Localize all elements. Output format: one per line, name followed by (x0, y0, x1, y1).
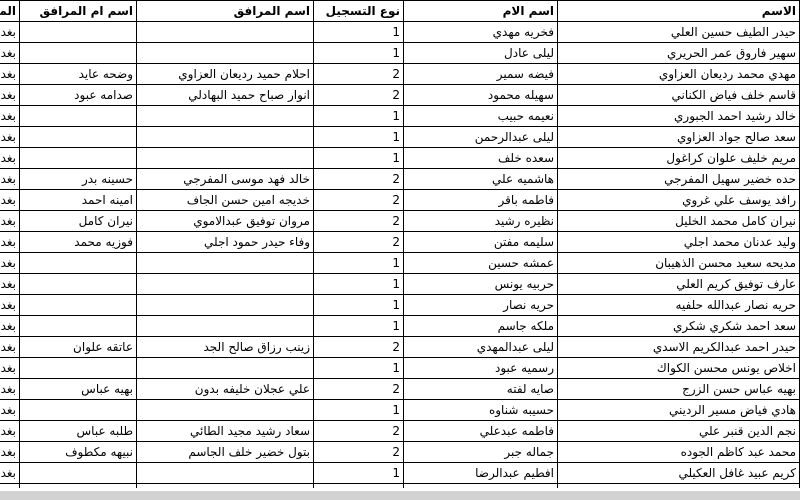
cell-companion[interactable] (137, 316, 314, 337)
cell-mother[interactable]: افطيم عبدالرضا (404, 463, 558, 484)
cell-name[interactable]: نجم الدين قنبر علي (558, 421, 800, 442)
cell-mother[interactable]: حريه نصار (404, 295, 558, 316)
cell-mother[interactable]: حربيه يونس (404, 274, 558, 295)
cell-companion[interactable]: بتول خضير خلف الجاسم (137, 442, 314, 463)
cell-empty (404, 484, 558, 489)
cell-companion[interactable] (137, 400, 314, 421)
cell-name[interactable]: خالد رشيد احمد الجبوري (558, 106, 800, 127)
cell-name[interactable]: رافد يوسف علي غروي (558, 190, 800, 211)
cell-office[interactable]: بغداد (0, 232, 20, 253)
cell-companion[interactable]: مروان توفيق عبدالاموي (137, 211, 314, 232)
table-row: كريم عبيد غافل العكيليافطيم عبدالرضا1بغد… (0, 463, 800, 484)
cell-office[interactable]: بغداد (0, 316, 20, 337)
cell-name[interactable]: قاسم خلف فياض الكناني (558, 85, 800, 106)
cell-reg_type[interactable]: 1 (314, 127, 404, 148)
cell-name[interactable]: مهدي محمد رديعان العزاوي (558, 64, 800, 85)
table-row: خالد رشيد احمد الجبورينعيمه حبيب1بغداد (0, 106, 800, 127)
cell-mother[interactable]: نعيمه حبيب (404, 106, 558, 127)
cell-companion_mother[interactable]: امينه احمد (20, 190, 137, 211)
cell-companion[interactable] (137, 127, 314, 148)
cell-companion_mother[interactable]: حسينه بدر (20, 169, 137, 190)
cell-name[interactable]: محمد عبد كاظم الجوده (558, 442, 800, 463)
cell-reg_type[interactable]: 1 (314, 295, 404, 316)
cell-reg_type[interactable]: 2 (314, 337, 404, 358)
cell-companion_mother[interactable] (20, 400, 137, 421)
cell-office[interactable]: بغداد (0, 64, 20, 85)
cell-companion[interactable] (137, 274, 314, 295)
cell-companion[interactable]: احلام حميد رديعان العزاوي (137, 64, 314, 85)
cell-companion_mother[interactable]: وضحه عايد (20, 64, 137, 85)
cell-companion_mother[interactable]: طلبه عباس (20, 421, 137, 442)
cell-reg_type[interactable]: 2 (314, 232, 404, 253)
cell-mother[interactable]: عمشه حسين (404, 253, 558, 274)
table-row: رافد يوسف علي غرويفاطمه باقر2خديجه امين … (0, 190, 800, 211)
cell-office[interactable]: بغداد (0, 85, 20, 106)
cell-mother[interactable]: سعده خلف (404, 148, 558, 169)
cell-companion_mother[interactable] (20, 148, 137, 169)
cell-companion[interactable]: سعاد رشيد مجيد الطائي (137, 421, 314, 442)
cell-reg_type[interactable]: 1 (314, 316, 404, 337)
cell-companion[interactable] (137, 106, 314, 127)
cell-companion_mother[interactable]: نيران كامل (20, 211, 137, 232)
cell-companion_mother[interactable] (20, 43, 137, 64)
cell-companion_mother[interactable]: عاتقه علوان (20, 337, 137, 358)
cell-empty (20, 484, 137, 489)
horizontal-scrollbar[interactable] (0, 491, 800, 500)
cell-office[interactable]: بغداد (0, 400, 20, 421)
cell-reg_type[interactable]: 1 (314, 400, 404, 421)
column-header-reg_type[interactable]: نوع التسجيل (314, 1, 404, 22)
cell-office[interactable]: بغداد (0, 253, 20, 274)
cell-companion[interactable] (137, 253, 314, 274)
cell-mother[interactable]: جماله جبر (404, 442, 558, 463)
header-row: الاسماسم الامنوع التسجيلاسم المرافقاسم ا… (0, 1, 800, 22)
cell-empty (558, 484, 800, 489)
cell-companion_mother[interactable] (20, 22, 137, 43)
cell-mother[interactable]: فيضه سمير (404, 64, 558, 85)
cell-name[interactable]: عارف توفيق كريم العلي (558, 274, 800, 295)
table-row: مهدي محمد رديعان العزاويفيضه سمير2احلام … (0, 64, 800, 85)
records-sheet: الاسماسم الامنوع التسجيلاسم المرافقاسم ا… (0, 0, 800, 489)
cell-name[interactable]: سعد احمد شكري شكري (558, 316, 800, 337)
cell-companion[interactable] (137, 463, 314, 484)
cell-mother[interactable]: سهيله محمود (404, 85, 558, 106)
cell-office[interactable]: بغداد (0, 379, 20, 400)
cell-office[interactable]: بغداد (0, 337, 20, 358)
partial-row (0, 484, 800, 489)
cell-companion[interactable]: زينب رزاق صالح الجد (137, 337, 314, 358)
table-row: سعد صالح جواد العزاويليلى عبدالرحمن1بغدا… (0, 127, 800, 148)
table-row: محمد عبد كاظم الجودهجماله جبر2بتول خضير … (0, 442, 800, 463)
cell-reg_type[interactable]: 1 (314, 148, 404, 169)
cell-mother[interactable]: ملكه جاسم (404, 316, 558, 337)
cell-companion[interactable] (137, 295, 314, 316)
cell-mother[interactable]: هاشميه علي (404, 169, 558, 190)
cell-companion[interactable] (137, 148, 314, 169)
cell-reg_type[interactable]: 1 (314, 253, 404, 274)
table-row: وليد عدنان محمد اجليسليمه مفتن2وفاء حيدر… (0, 232, 800, 253)
cell-companion[interactable]: خالد فهد موسى المفرجي (137, 169, 314, 190)
column-header-companion[interactable]: اسم المرافق (137, 1, 314, 22)
table-row: حيدر الطيف حسين العليفخريه مهدي1بغداد (0, 22, 800, 43)
cell-reg_type[interactable]: 2 (314, 211, 404, 232)
cell-name[interactable]: حيدر الطيف حسين العلي (558, 22, 800, 43)
table-row: مديحه سعيد محسن الذهيبانعمشه حسين1بغداد (0, 253, 800, 274)
column-header-mother[interactable]: اسم الام (404, 1, 558, 22)
cell-office[interactable]: بغداد (0, 190, 20, 211)
cell-empty (314, 484, 404, 489)
cell-name[interactable]: سعد صالح جواد العزاوي (558, 127, 800, 148)
cell-companion_mother[interactable] (20, 316, 137, 337)
cell-office[interactable]: بغداد (0, 43, 20, 64)
cell-mother[interactable]: صايه لفته (404, 379, 558, 400)
cell-empty (0, 484, 20, 489)
cell-companion_mother[interactable] (20, 463, 137, 484)
cell-reg_type[interactable]: 1 (314, 274, 404, 295)
cell-companion_mother[interactable] (20, 106, 137, 127)
cell-office[interactable]: بغداد (0, 358, 20, 379)
column-header-name[interactable]: الاسم (558, 1, 800, 22)
cell-reg_type[interactable]: 1 (314, 106, 404, 127)
cell-reg_type[interactable]: 1 (314, 463, 404, 484)
column-header-office[interactable]: المكتب (0, 1, 20, 22)
cell-name[interactable]: حريه نصار عبدالله حلفيه (558, 295, 800, 316)
cell-companion_mother[interactable]: نبيهه مكطوف (20, 442, 137, 463)
cell-name[interactable]: اخلاص يونس محسن الكواك (558, 358, 800, 379)
cell-mother[interactable]: سليمه مفتن (404, 232, 558, 253)
cell-companion[interactable]: انوار صباح حميد البهادلي (137, 85, 314, 106)
cell-companion[interactable]: خديجه امين حسن الجاف (137, 190, 314, 211)
cell-companion_mother[interactable]: صدامه عبود (20, 85, 137, 106)
cell-mother[interactable]: نظيره رشيد (404, 211, 558, 232)
cell-reg_type[interactable]: 2 (314, 190, 404, 211)
cell-companion_mother[interactable] (20, 274, 137, 295)
table-row: مريم خليف علوان كراغولسعده خلف1بغداد (0, 148, 800, 169)
cell-mother[interactable]: فاطمه باقر (404, 190, 558, 211)
cell-office[interactable]: بغداد (0, 127, 20, 148)
table-row: حيدر احمد عبدالكريم الاسديليلى عبدالمهدي… (0, 337, 800, 358)
cell-office[interactable]: بغداد (0, 274, 20, 295)
cell-mother[interactable]: فاطمه عبدعلي (404, 421, 558, 442)
cell-mother[interactable]: ليلى عادل (404, 43, 558, 64)
cell-name[interactable]: مريم خليف علوان كراغول (558, 148, 800, 169)
table-row: حريه نصار عبدالله حلفيهحريه نصار1بغداد (0, 295, 800, 316)
cell-reg_type[interactable]: 2 (314, 379, 404, 400)
cell-reg_type[interactable]: 2 (314, 421, 404, 442)
table-row: سعد احمد شكري شكريملكه جاسم1بغداد (0, 316, 800, 337)
cell-office[interactable]: بغداد (0, 22, 20, 43)
cell-companion_mother[interactable] (20, 253, 137, 274)
cell-companion[interactable]: وفاء حيدر حمود اجلي (137, 232, 314, 253)
cell-office[interactable]: بغداد (0, 463, 20, 484)
cell-companion_mother[interactable] (20, 295, 137, 316)
column-header-companion_mother[interactable]: اسم ام المرافق (20, 1, 137, 22)
cell-reg_type[interactable]: 1 (314, 358, 404, 379)
cell-mother[interactable]: فخريه مهدي (404, 22, 558, 43)
cell-office[interactable]: بغداد (0, 148, 20, 169)
cell-mother[interactable]: حسيبه شناوه (404, 400, 558, 421)
cell-companion_mother[interactable]: بهيه عباس (20, 379, 137, 400)
cell-name[interactable]: هادي فياض مسير الرديني (558, 400, 800, 421)
cell-mother[interactable]: ليلى عبدالرحمن (404, 127, 558, 148)
cell-name[interactable]: بهيه عباس حسن الزرج (558, 379, 800, 400)
cell-companion_mother[interactable]: فوزيه محمد (20, 232, 137, 253)
table-row: نجم الدين قنبر عليفاطمه عبدعلي2سعاد رشيد… (0, 421, 800, 442)
cell-reg_type[interactable]: 2 (314, 169, 404, 190)
cell-companion[interactable] (137, 358, 314, 379)
cell-name[interactable]: مديحه سعيد محسن الذهيبان (558, 253, 800, 274)
cell-reg_type[interactable]: 2 (314, 442, 404, 463)
cell-empty (137, 484, 314, 489)
cell-companion[interactable]: علي عجلان خليفه بدون (137, 379, 314, 400)
table-row: سهير فاروق عمر الحريريليلى عادل1بغداد (0, 43, 800, 64)
cell-office[interactable]: بغداد (0, 169, 20, 190)
cell-companion_mother[interactable] (20, 358, 137, 379)
cell-office[interactable]: بغداد (0, 295, 20, 316)
table-row: هادي فياض مسير الردينيحسيبه شناوه1بغداد (0, 400, 800, 421)
cell-companion[interactable] (137, 43, 314, 64)
table-row: اخلاص يونس محسن الكواكرسميه عبود1بغداد (0, 358, 800, 379)
table-row: عارف توفيق كريم العليحربيه يونس1بغداد (0, 274, 800, 295)
table-row: قاسم خلف فياض الكنانيسهيله محمود2انوار ص… (0, 85, 800, 106)
table-row: نيران كامل محمد الخليلنظيره رشيد2مروان ت… (0, 211, 800, 232)
table-row: حده خضير سهيل المفرجيهاشميه علي2خالد فهد… (0, 169, 800, 190)
cell-name[interactable]: كريم عبيد غافل العكيلي (558, 463, 800, 484)
cell-name[interactable]: حده خضير سهيل المفرجي (558, 169, 800, 190)
cell-name[interactable]: وليد عدنان محمد اجلي (558, 232, 800, 253)
table-body: حيدر الطيف حسين العليفخريه مهدي1بغدادسهي… (0, 22, 800, 489)
cell-name[interactable]: نيران كامل محمد الخليل (558, 211, 800, 232)
cell-mother[interactable]: رسميه عبود (404, 358, 558, 379)
cell-mother[interactable]: ليلى عبدالمهدي (404, 337, 558, 358)
cell-name[interactable]: حيدر احمد عبدالكريم الاسدي (558, 337, 800, 358)
cell-reg_type[interactable]: 1 (314, 22, 404, 43)
cell-reg_type[interactable]: 2 (314, 85, 404, 106)
cell-reg_type[interactable]: 2 (314, 64, 404, 85)
table-row: بهيه عباس حسن الزرجصايه لفته2علي عجلان خ… (0, 379, 800, 400)
cell-office[interactable]: بغداد (0, 211, 20, 232)
cell-companion[interactable] (137, 22, 314, 43)
cell-companion_mother[interactable] (20, 127, 137, 148)
table-header: الاسماسم الامنوع التسجيلاسم المرافقاسم ا… (0, 1, 800, 22)
cell-office[interactable]: بغداد (0, 106, 20, 127)
cell-name[interactable]: سهير فاروق عمر الحريري (558, 43, 800, 64)
cell-office[interactable]: بغداد (0, 442, 20, 463)
records-table: الاسماسم الامنوع التسجيلاسم المرافقاسم ا… (0, 0, 800, 488)
cell-reg_type[interactable]: 1 (314, 43, 404, 64)
cell-office[interactable]: بغداد (0, 421, 20, 442)
